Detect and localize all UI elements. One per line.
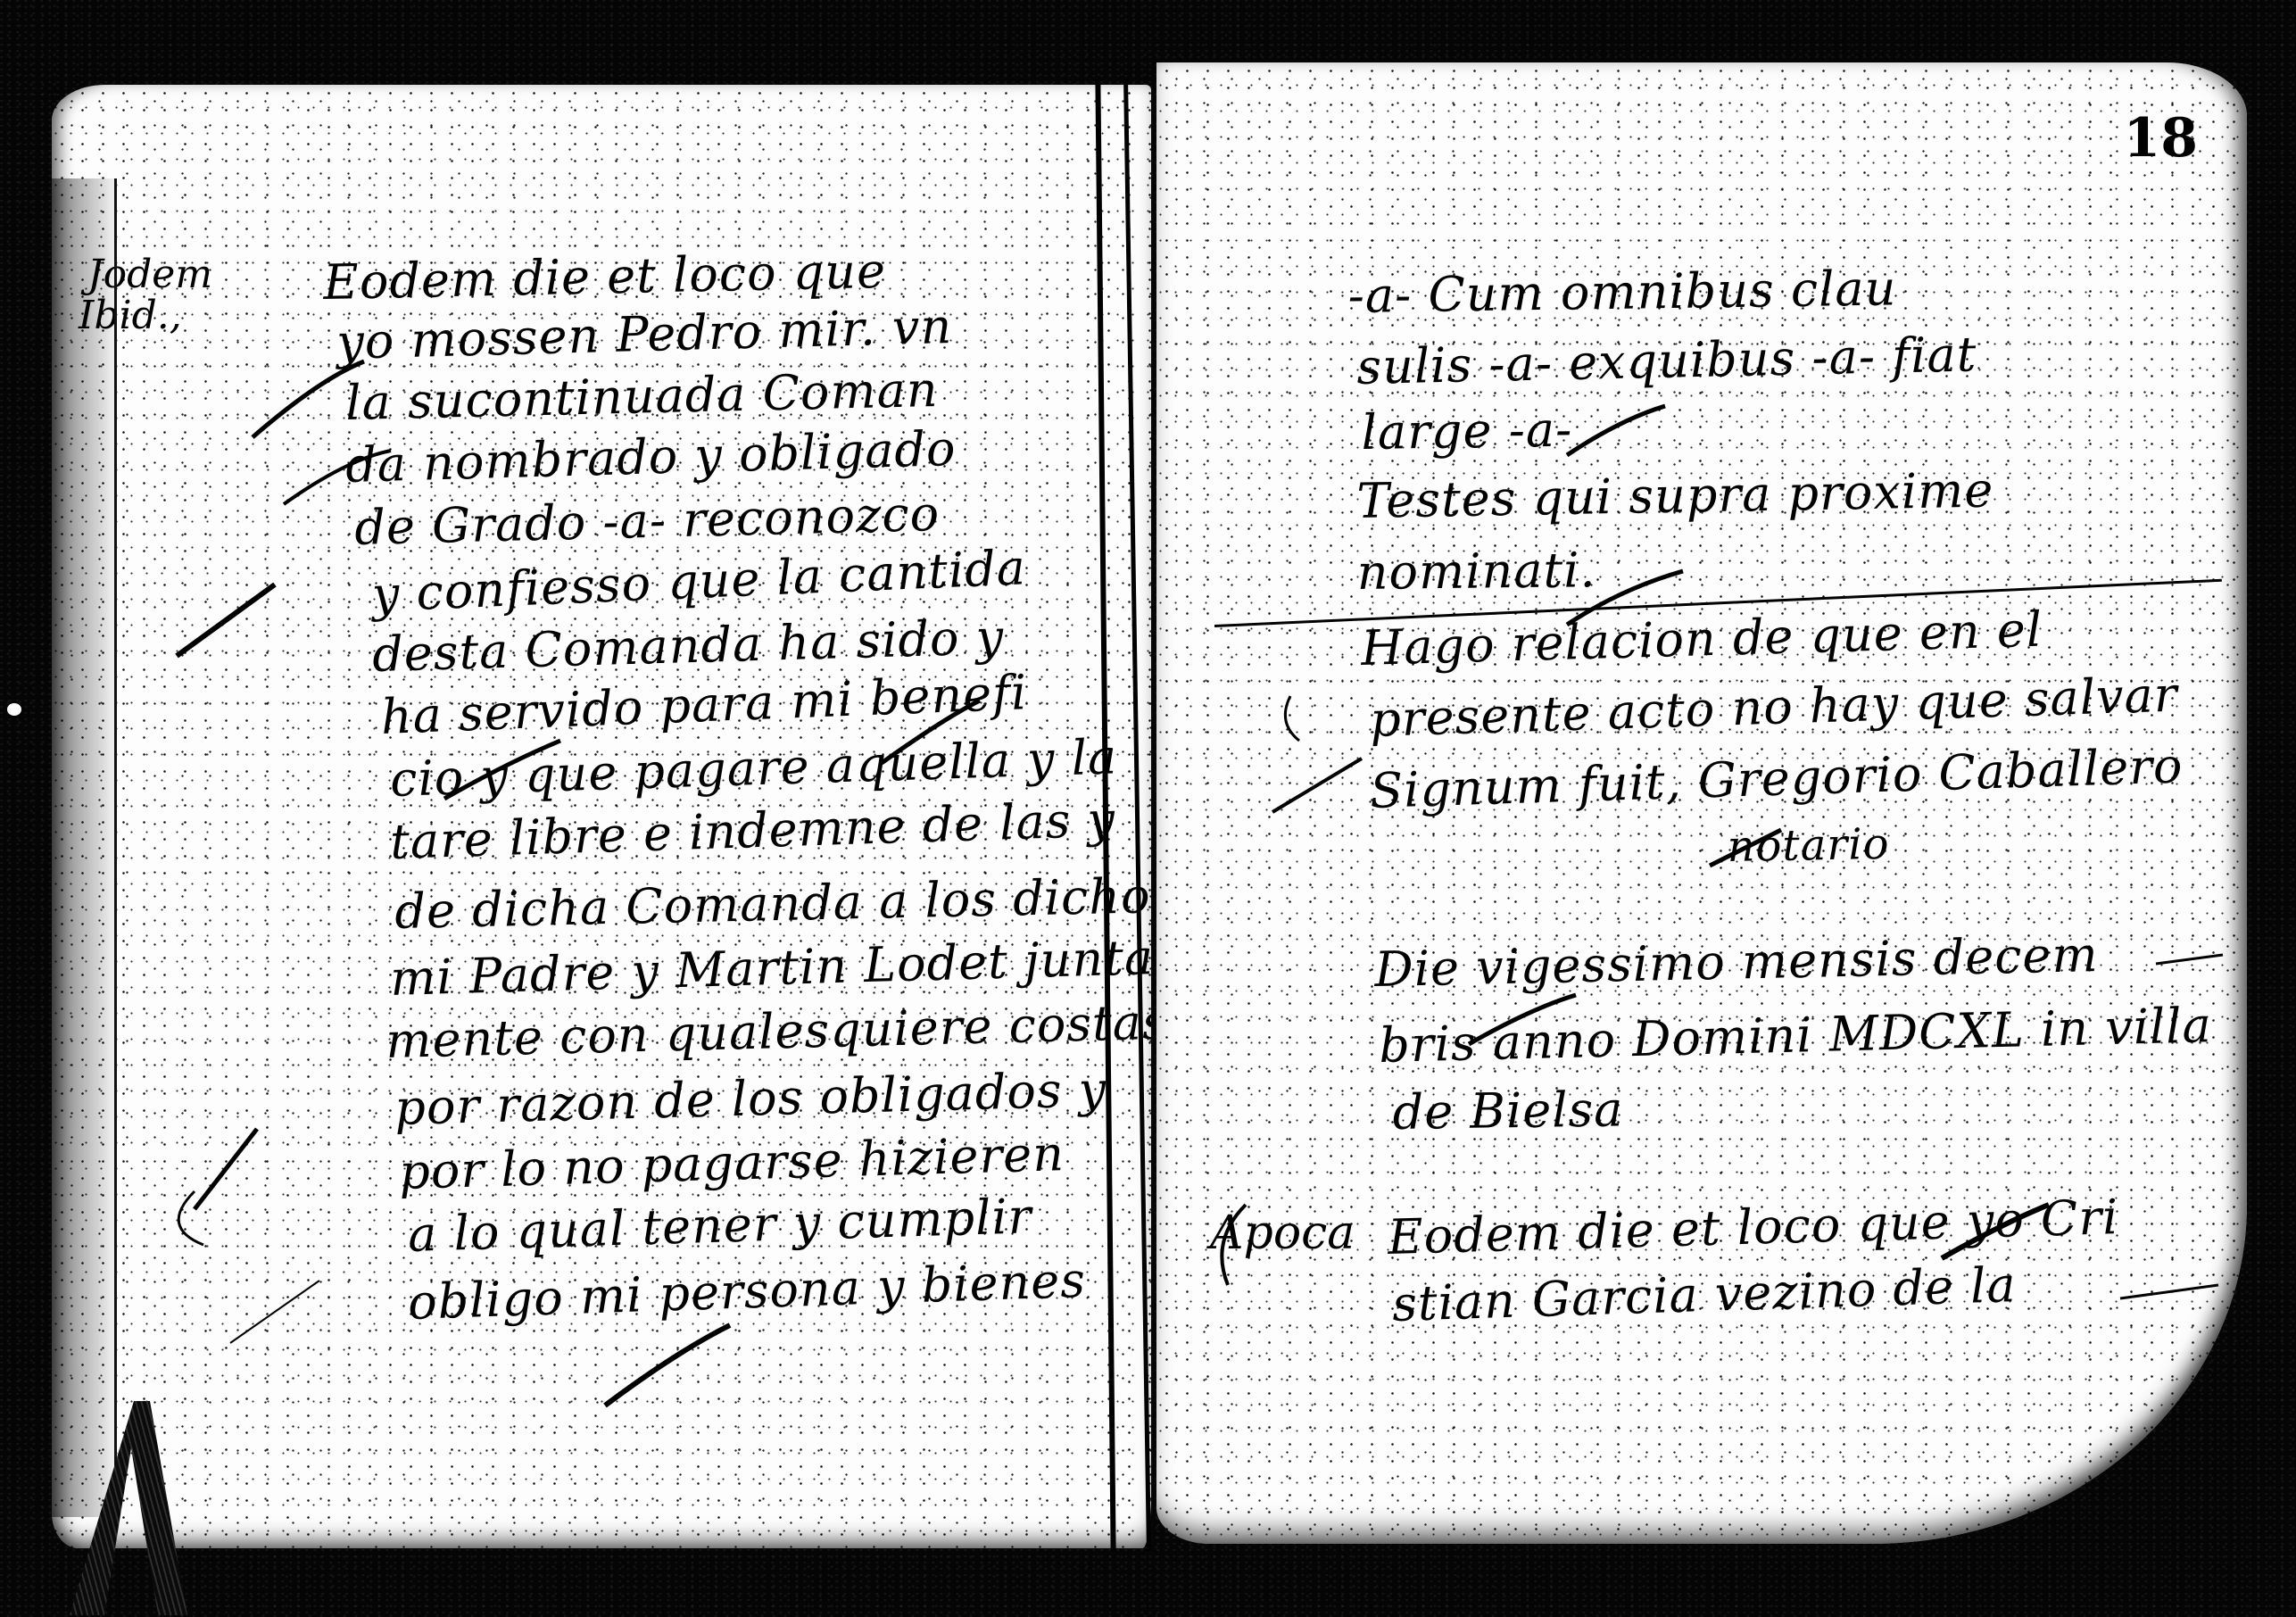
left-line-14: por razon de los obligados y <box>394 1066 1107 1132</box>
right-margin-note-apoca: Apoca <box>1210 1209 1355 1258</box>
right-line-5: nominati. <box>1356 546 1596 597</box>
binding-hole-mark <box>7 703 21 716</box>
right-page: 18 -a- Cum omnibus clau sulis -a- exquib… <box>1156 62 2247 1544</box>
right-entry3-line-1: Eodem die et loco que yo Cri <box>1387 1193 2119 1262</box>
folio-number: 18 <box>2124 107 2199 170</box>
left-line-5: de Grado -a- reconozco <box>354 490 941 552</box>
left-line-16: a lo qual tener y cumplir <box>407 1192 1032 1259</box>
left-line-6: y confiesso que la cantida <box>371 543 1027 619</box>
right-line-2: sulis -a- exquibus -a- fiat <box>1356 330 1977 392</box>
right-line-3: large -a- <box>1361 406 1572 457</box>
right-date-line-1: Die vigessimo mensis decem <box>1374 931 2099 994</box>
left-line-12: mi Padre y Martin Lodet junta <box>389 933 1151 1003</box>
left-line-3: la sucontinuada Coman <box>345 366 939 427</box>
left-line-9: cio y que pagare aquella y la <box>389 733 1118 804</box>
left-page: Jodem Ibid., Eodem die et loco que yo mo… <box>52 85 1151 1548</box>
left-line-13: mente con qualesquiere costas que <box>385 996 1151 1066</box>
right-note-line-2: presente acto no hay que salvar <box>1369 671 2178 744</box>
left-line-10: tare libre e indemne de las y <box>389 795 1116 867</box>
right-entry3-line-2: stian Garcia vezino de la <box>1391 1261 2017 1329</box>
right-line-1: -a- Cum omnibus clau <box>1347 264 1896 320</box>
left-line-17: obligo mi persona y bienes <box>407 1256 1086 1327</box>
left-line-11: de dicha Comanda a los dichos <box>394 872 1151 936</box>
right-date-line-3: de Bielsa <box>1392 1085 1624 1137</box>
page-edge-fold <box>52 178 117 1517</box>
right-note-line-4-notario: notario <box>1727 823 1890 868</box>
left-line-4: da nombrado y obligado <box>344 425 957 490</box>
right-note-line-3: Signum fuit, Gregorio Caballero <box>1369 742 2184 816</box>
left-line-1: Eodem die et loco que <box>323 247 887 307</box>
left-line-2: yo mossen Pedro mir. vn <box>336 303 953 367</box>
right-date-line-2: bris anno Domini MDCXL in villa <box>1379 1001 2213 1070</box>
left-line-15: por lo no pagarse hizieren <box>398 1130 1065 1197</box>
right-line-4: Testes qui supra proxime <box>1356 467 1994 526</box>
